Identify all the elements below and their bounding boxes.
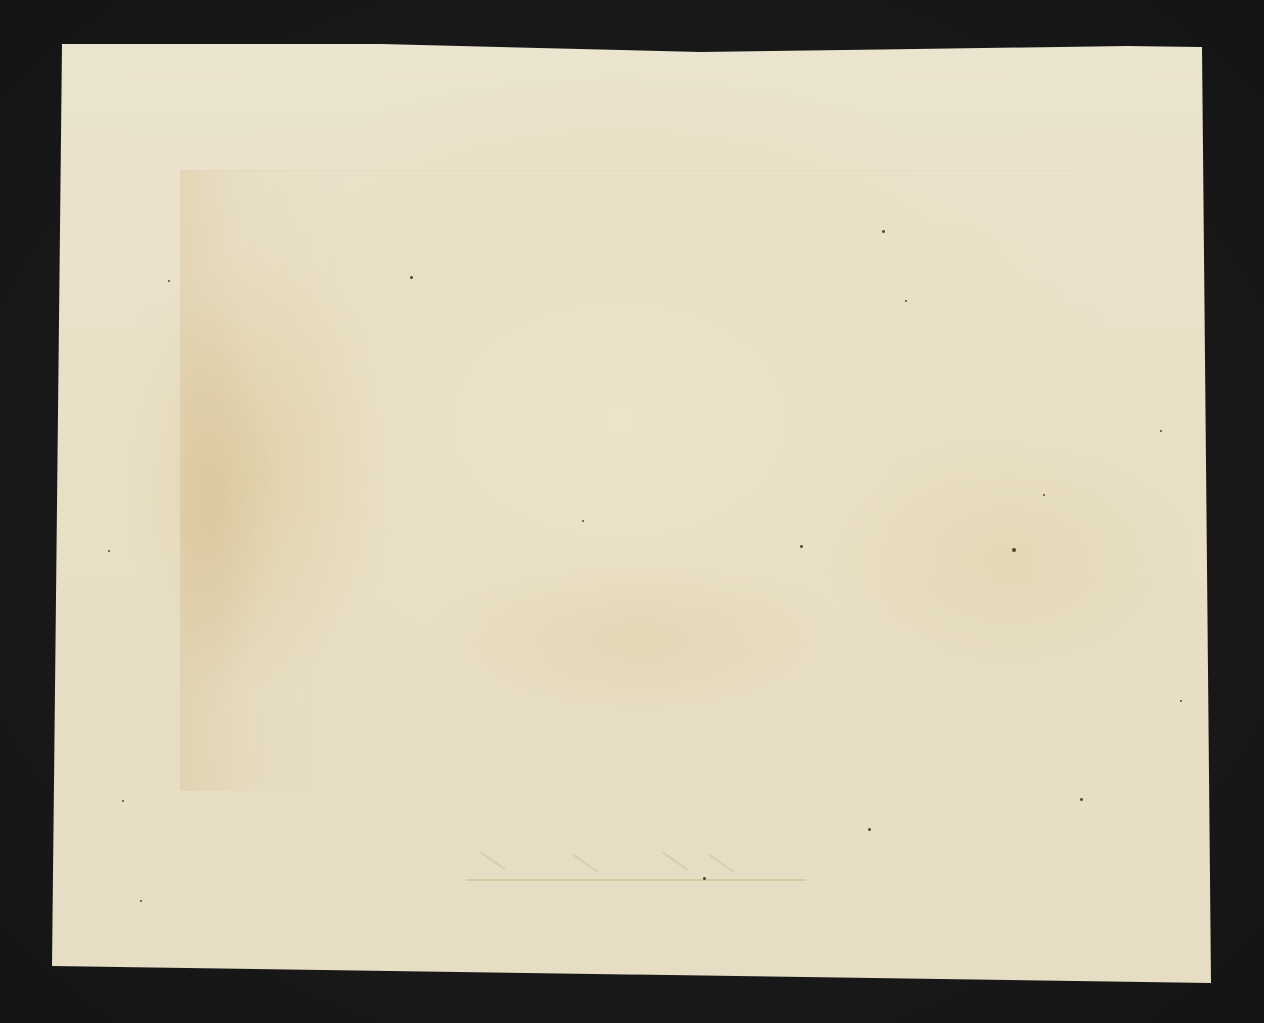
foxing-spot xyxy=(1043,494,1045,496)
foxing-spot xyxy=(1012,548,1016,552)
plate-mark-stain xyxy=(180,170,1077,791)
foxing-spot xyxy=(410,276,413,279)
paper-sheet xyxy=(0,0,1264,1023)
foxing-spot xyxy=(122,800,124,802)
foxing-spot xyxy=(868,828,871,831)
show-through-stroke xyxy=(708,854,734,873)
foxing-spot xyxy=(703,877,706,880)
foxing-spot xyxy=(140,900,142,902)
foxing-spot xyxy=(108,550,110,552)
foxing-spot xyxy=(1180,700,1182,702)
show-through-stroke xyxy=(572,854,598,873)
foxing-spot xyxy=(882,230,885,233)
foxing-spot xyxy=(168,280,170,282)
show-through-caption-line xyxy=(466,879,806,881)
foxing-spot xyxy=(800,545,803,548)
foxing-spot xyxy=(582,520,584,522)
photo-background xyxy=(0,0,1264,1023)
foxing-spot xyxy=(1080,798,1083,801)
foxing-spot xyxy=(1160,430,1162,432)
show-through-stroke xyxy=(662,852,688,871)
foxing-spot xyxy=(905,300,907,302)
show-through-stroke xyxy=(480,852,506,871)
